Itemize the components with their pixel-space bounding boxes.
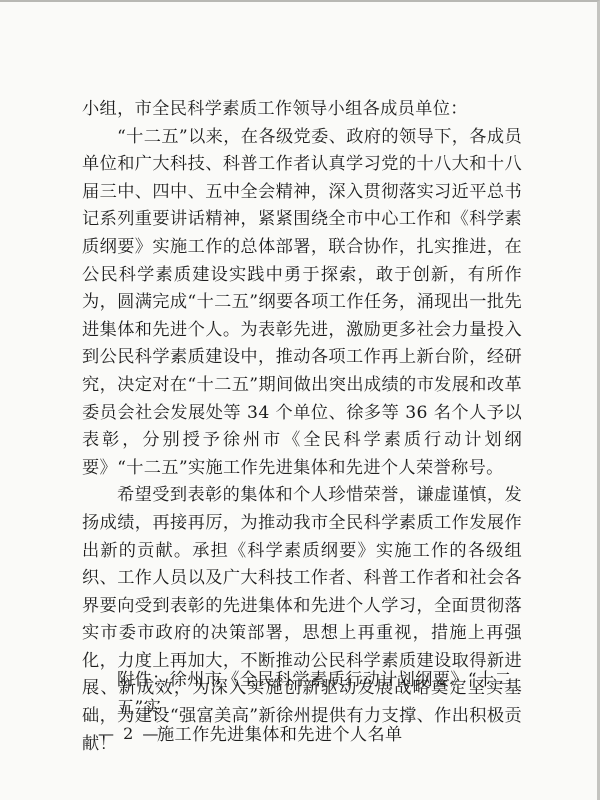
page-number: — 2 — [98,724,160,743]
document-page: 小组，市全民科学素质工作领导小组各成员单位： “十二五”以来，在各级党委、政府的… [0,0,600,800]
salutation: 小组，市全民科学素质工作领导小组各成员单位： [82,96,522,124]
attachment-title-line1: 徐州市《全民科学素质行动计划纲要》“十二五”实 [117,670,512,718]
paragraph-achievements: “十二五”以来，在各级党委、政府的领导下，各成员单位和广大科技、科普工作者认真学… [82,124,522,483]
attachment-label: 附件： [117,670,170,690]
document-body: 小组，市全民科学素质工作领导小组各成员单位： “十二五”以来，在各级党委、政府的… [82,96,522,758]
attachment-title-line2: 施工作先进集体和先进个人名单 [117,722,527,750]
attachment-note: 附件：徐州市《全民科学素质行动计划纲要》“十二五”实 施工作先进集体和先进个人名… [117,667,527,750]
